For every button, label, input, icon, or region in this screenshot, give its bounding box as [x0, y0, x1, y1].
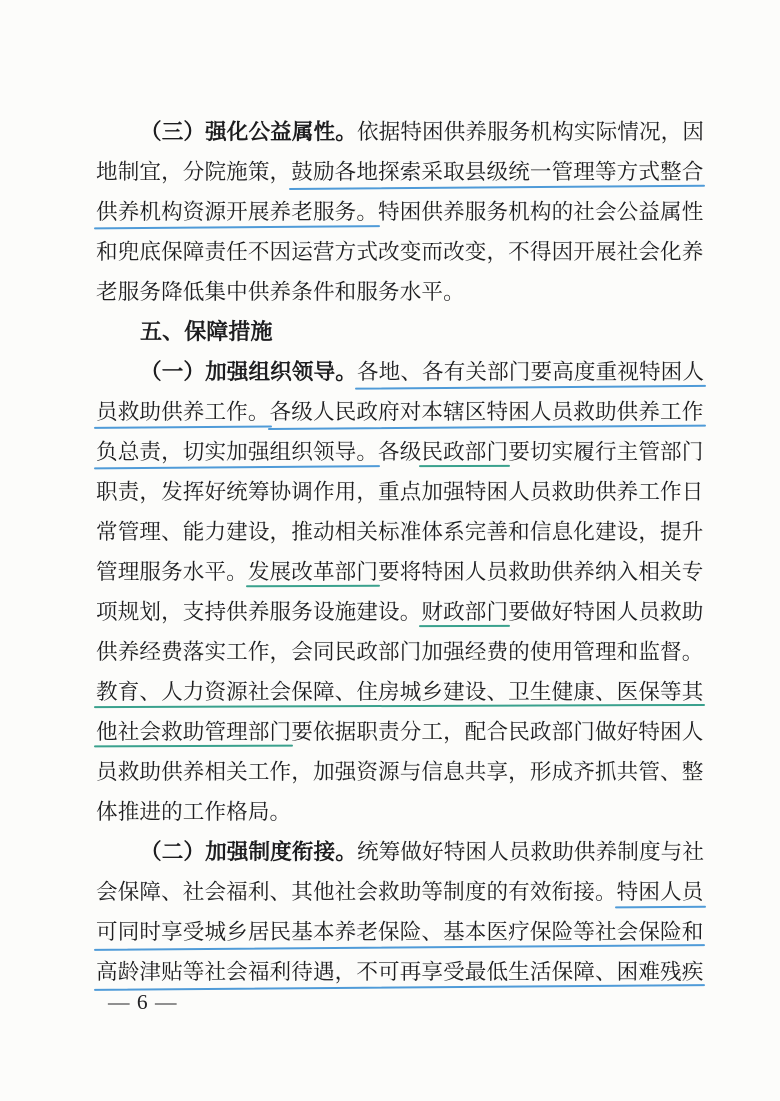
- segment-text: 教育、人力资源社会保障、住房城乡建设、卫生健康、医保等其: [96, 680, 703, 704]
- text-segment: 各级: [378, 432, 421, 472]
- text-segment: 鼓励各地探索采取县级统一管理等方式整合: [291, 152, 703, 192]
- segment-text: 统筹做好特困人员救助供养制度与社: [357, 840, 704, 864]
- text-line: 供养机构资源开展养老服务。特困供养服务机构的社会公益属性: [96, 192, 708, 232]
- text-line: （一）加强组织领导。各地、各有关部门要高度重视特困人: [96, 352, 708, 392]
- segment-text: 发展改革部门: [248, 560, 378, 584]
- teal-underline-annotation: [94, 704, 705, 708]
- text-line: 老服务降低集中供养条件和服务水平。: [96, 272, 708, 312]
- text-segment: 特困供养服务机构的社会公益属性: [378, 192, 703, 232]
- teal-underline-annotation: [246, 585, 380, 587]
- text-segment: 特困人员: [617, 872, 704, 912]
- segment-text: 员救助供养工作。: [96, 400, 270, 424]
- text-segment: （二）加强制度衔接。: [140, 832, 357, 872]
- text-segment: （三）强化公益属性。: [140, 112, 357, 152]
- segment-text: 特困供养服务机构的社会公益属性: [378, 200, 703, 224]
- segment-text: 五、保障措施: [140, 319, 273, 344]
- text-line: （三）强化公益属性。依据特困供养服务机构实际情况，因: [96, 112, 708, 152]
- segment-text: 体推进的工作格局。: [96, 800, 291, 824]
- segment-text: 他社会救助管理部门: [96, 720, 291, 744]
- text-segment: 员救助供养工作。: [96, 392, 270, 432]
- segment-text: 供养经费落实工作，会同民政部门加强经费的使用管理和监督。: [96, 640, 703, 664]
- segment-text: 员救助供养相关工作，加强资源与信息共享，形成齐抓共管、整: [96, 760, 703, 784]
- text-segment: 要切实履行主管部门: [508, 432, 703, 472]
- text-segment: 要将特困人员救助供养纳入相关专: [378, 552, 703, 592]
- text-line: 供养经费落实工作，会同民政部门加强经费的使用管理和监督。: [96, 632, 708, 672]
- document-lines: （三）强化公益属性。依据特困供养服务机构实际情况，因地制宜，分院施策，鼓励各地探…: [96, 112, 708, 992]
- text-segment: 统筹做好特困人员救助供养制度与社: [357, 832, 704, 872]
- segment-text: （三）强化公益属性。: [140, 119, 357, 144]
- text-line: （二）加强制度衔接。统筹做好特困人员救助供养制度与社: [96, 832, 708, 872]
- segment-text: 民政部门: [421, 440, 508, 464]
- blue-underline-annotation: [268, 424, 706, 430]
- text-segment: 职责，发挥好统筹协调作用，重点加强特困人员救助供养工作日: [96, 472, 703, 512]
- text-segment: 依据特困供养服务机构实际情况，因: [357, 112, 704, 152]
- teal-underline-annotation: [419, 625, 510, 627]
- text-line: 会保障、社会福利、其他社会救助等制度的有效衔接。特困人员: [96, 872, 708, 912]
- text-segment: 负总责，切实加强组织领导。: [96, 432, 378, 472]
- text-line: 高龄津贴等社会福利待遇，不可再享受最低生活保障、困难残疾: [96, 952, 708, 992]
- text-segment: 和兜底保障责任不因运营方式改变而改变，不得因开展社会化养: [96, 232, 703, 272]
- segment-text: 特困人员: [617, 880, 704, 904]
- text-line: 地制宜，分院施策，鼓励各地探索采取县级统一管理等方式整合: [96, 152, 708, 192]
- text-line: 职责，发挥好统筹协调作用，重点加强特困人员救助供养工作日: [96, 472, 708, 512]
- text-segment: 员救助供养相关工作，加强资源与信息共享，形成齐抓共管、整: [96, 752, 703, 792]
- text-line: 体推进的工作格局。: [96, 792, 708, 832]
- blue-underline-annotation: [94, 225, 380, 230]
- segment-text: 老服务降低集中供养条件和服务水平。: [96, 280, 465, 304]
- text-segment: 供养经费落实工作，会同民政部门加强经费的使用管理和监督。: [96, 632, 703, 672]
- segment-text: 常管理、能力建设，推动相关标准体系完善和信息化建设，提升: [96, 520, 703, 544]
- text-segment: 可同时享受城乡居民基本养老保险、基本医疗保险等社会保险和: [96, 912, 703, 952]
- text-segment: 五、保障措施: [140, 312, 273, 352]
- text-segment: （一）加强组织领导。: [140, 352, 357, 392]
- text-segment: 高龄津贴等社会福利待遇，不可再享受最低生活保障、困难残疾: [96, 952, 703, 992]
- page-number: — 6 —: [108, 990, 178, 1015]
- segment-text: 管理服务水平。: [96, 560, 248, 584]
- text-segment: 各地、各有关部门要高度重视特困人: [357, 352, 704, 392]
- text-segment: 财政部门: [421, 592, 508, 632]
- segment-text: 各级人民政府对本辖区特困人员救助供养工作: [270, 400, 704, 424]
- segment-text: 鼓励各地探索采取县级统一管理等方式整合: [291, 160, 703, 184]
- text-line: 他社会救助管理部门要依据职责分工，配合民政部门做好特困人: [96, 712, 708, 752]
- scanned-document-page: （三）强化公益属性。依据特困供养服务机构实际情况，因地制宜，分院施策，鼓励各地探…: [0, 0, 780, 1101]
- text-line: 员救助供养工作。各级人民政府对本辖区特困人员救助供养工作: [96, 392, 708, 432]
- blue-underline-annotation: [94, 425, 272, 429]
- text-line: 负总责，切实加强组织领导。各级民政部门要切实履行主管部门: [96, 432, 708, 472]
- segment-text: 财政部门: [421, 600, 508, 624]
- text-segment: 要做好特困人员救助: [508, 592, 703, 632]
- text-segment: 民政部门: [421, 432, 508, 472]
- text-segment: 他社会救助管理部门: [96, 712, 291, 752]
- segment-text: 供养机构资源开展养老服务。: [96, 200, 378, 224]
- segment-text: （二）加强制度衔接。: [140, 839, 357, 864]
- section-heading: 五、保障措施: [96, 312, 708, 352]
- text-line: 可同时享受城乡居民基本养老保险、基本医疗保险等社会保险和: [96, 912, 708, 952]
- segment-text: 要做好特困人员救助: [508, 600, 703, 624]
- segment-text: 会保障、社会福利、其他社会救助等制度的有效衔接。: [96, 880, 617, 904]
- segment-text: 要依据职责分工，配合民政部门做好特困人: [291, 720, 703, 744]
- text-line: 项规划，支持供养服务设施建设。财政部门要做好特困人员救助: [96, 592, 708, 632]
- text-segment: 各级人民政府对本辖区特困人员救助供养工作: [270, 392, 704, 432]
- teal-underline-annotation: [94, 745, 293, 748]
- text-segment: 要依据职责分工，配合民政部门做好特困人: [291, 712, 703, 752]
- segment-text: 负总责，切实加强组织领导。: [96, 440, 378, 464]
- blue-underline-annotation: [355, 385, 706, 390]
- segment-text: 高龄津贴等社会福利待遇，不可再享受最低生活保障、困难残疾: [96, 960, 703, 984]
- segment-text: 依据特困供养服务机构实际情况，因: [357, 120, 704, 144]
- text-segment: 地制宜，分院施策，: [96, 152, 291, 192]
- text-line: 常管理、能力建设，推动相关标准体系完善和信息化建设，提升: [96, 512, 708, 552]
- segment-text: 各级: [378, 440, 421, 464]
- blue-underline-annotation: [94, 984, 705, 991]
- text-line: 员救助供养相关工作，加强资源与信息共享，形成齐抓共管、整: [96, 752, 708, 792]
- blue-underline-annotation: [615, 905, 706, 908]
- text-segment: 供养机构资源开展养老服务。: [96, 192, 378, 232]
- segment-text: 项规划，支持供养服务设施建设。: [96, 600, 421, 624]
- blue-underline-annotation: [94, 944, 705, 951]
- segment-text: （一）加强组织领导。: [140, 359, 357, 384]
- text-line: 和兜底保障责任不因运营方式改变而改变，不得因开展社会化养: [96, 232, 708, 272]
- text-segment: 项规划，支持供养服务设施建设。: [96, 592, 421, 632]
- text-segment: 常管理、能力建设，推动相关标准体系完善和信息化建设，提升: [96, 512, 703, 552]
- text-line: 管理服务水平。发展改革部门要将特困人员救助供养纳入相关专: [96, 552, 708, 592]
- text-line: 教育、人力资源社会保障、住房城乡建设、卫生健康、医保等其: [96, 672, 708, 712]
- segment-text: 要切实履行主管部门: [508, 440, 703, 464]
- text-segment: 会保障、社会福利、其他社会救助等制度的有效衔接。: [96, 872, 617, 912]
- segment-text: 可同时享受城乡居民基本养老保险、基本医疗保险等社会保险和: [96, 920, 703, 944]
- blue-underline-annotation: [289, 184, 705, 190]
- text-segment: 老服务降低集中供养条件和服务水平。: [96, 272, 465, 312]
- segment-text: 各地、各有关部门要高度重视特困人: [357, 360, 704, 384]
- text-segment: 发展改革部门: [248, 552, 378, 592]
- teal-underline-annotation: [419, 465, 510, 467]
- segment-text: 职责，发挥好统筹协调作用，重点加强特困人员救助供养工作日: [96, 480, 703, 504]
- text-segment: 体推进的工作格局。: [96, 792, 291, 832]
- text-segment: 教育、人力资源社会保障、住房城乡建设、卫生健康、医保等其: [96, 672, 703, 712]
- segment-text: 地制宜，分院施策，: [96, 160, 291, 184]
- segment-text: 要将特困人员救助供养纳入相关专: [378, 560, 703, 584]
- text-segment: 管理服务水平。: [96, 552, 248, 592]
- blue-underline-annotation: [94, 465, 380, 470]
- segment-text: 和兜底保障责任不因运营方式改变而改变，不得因开展社会化养: [96, 240, 703, 264]
